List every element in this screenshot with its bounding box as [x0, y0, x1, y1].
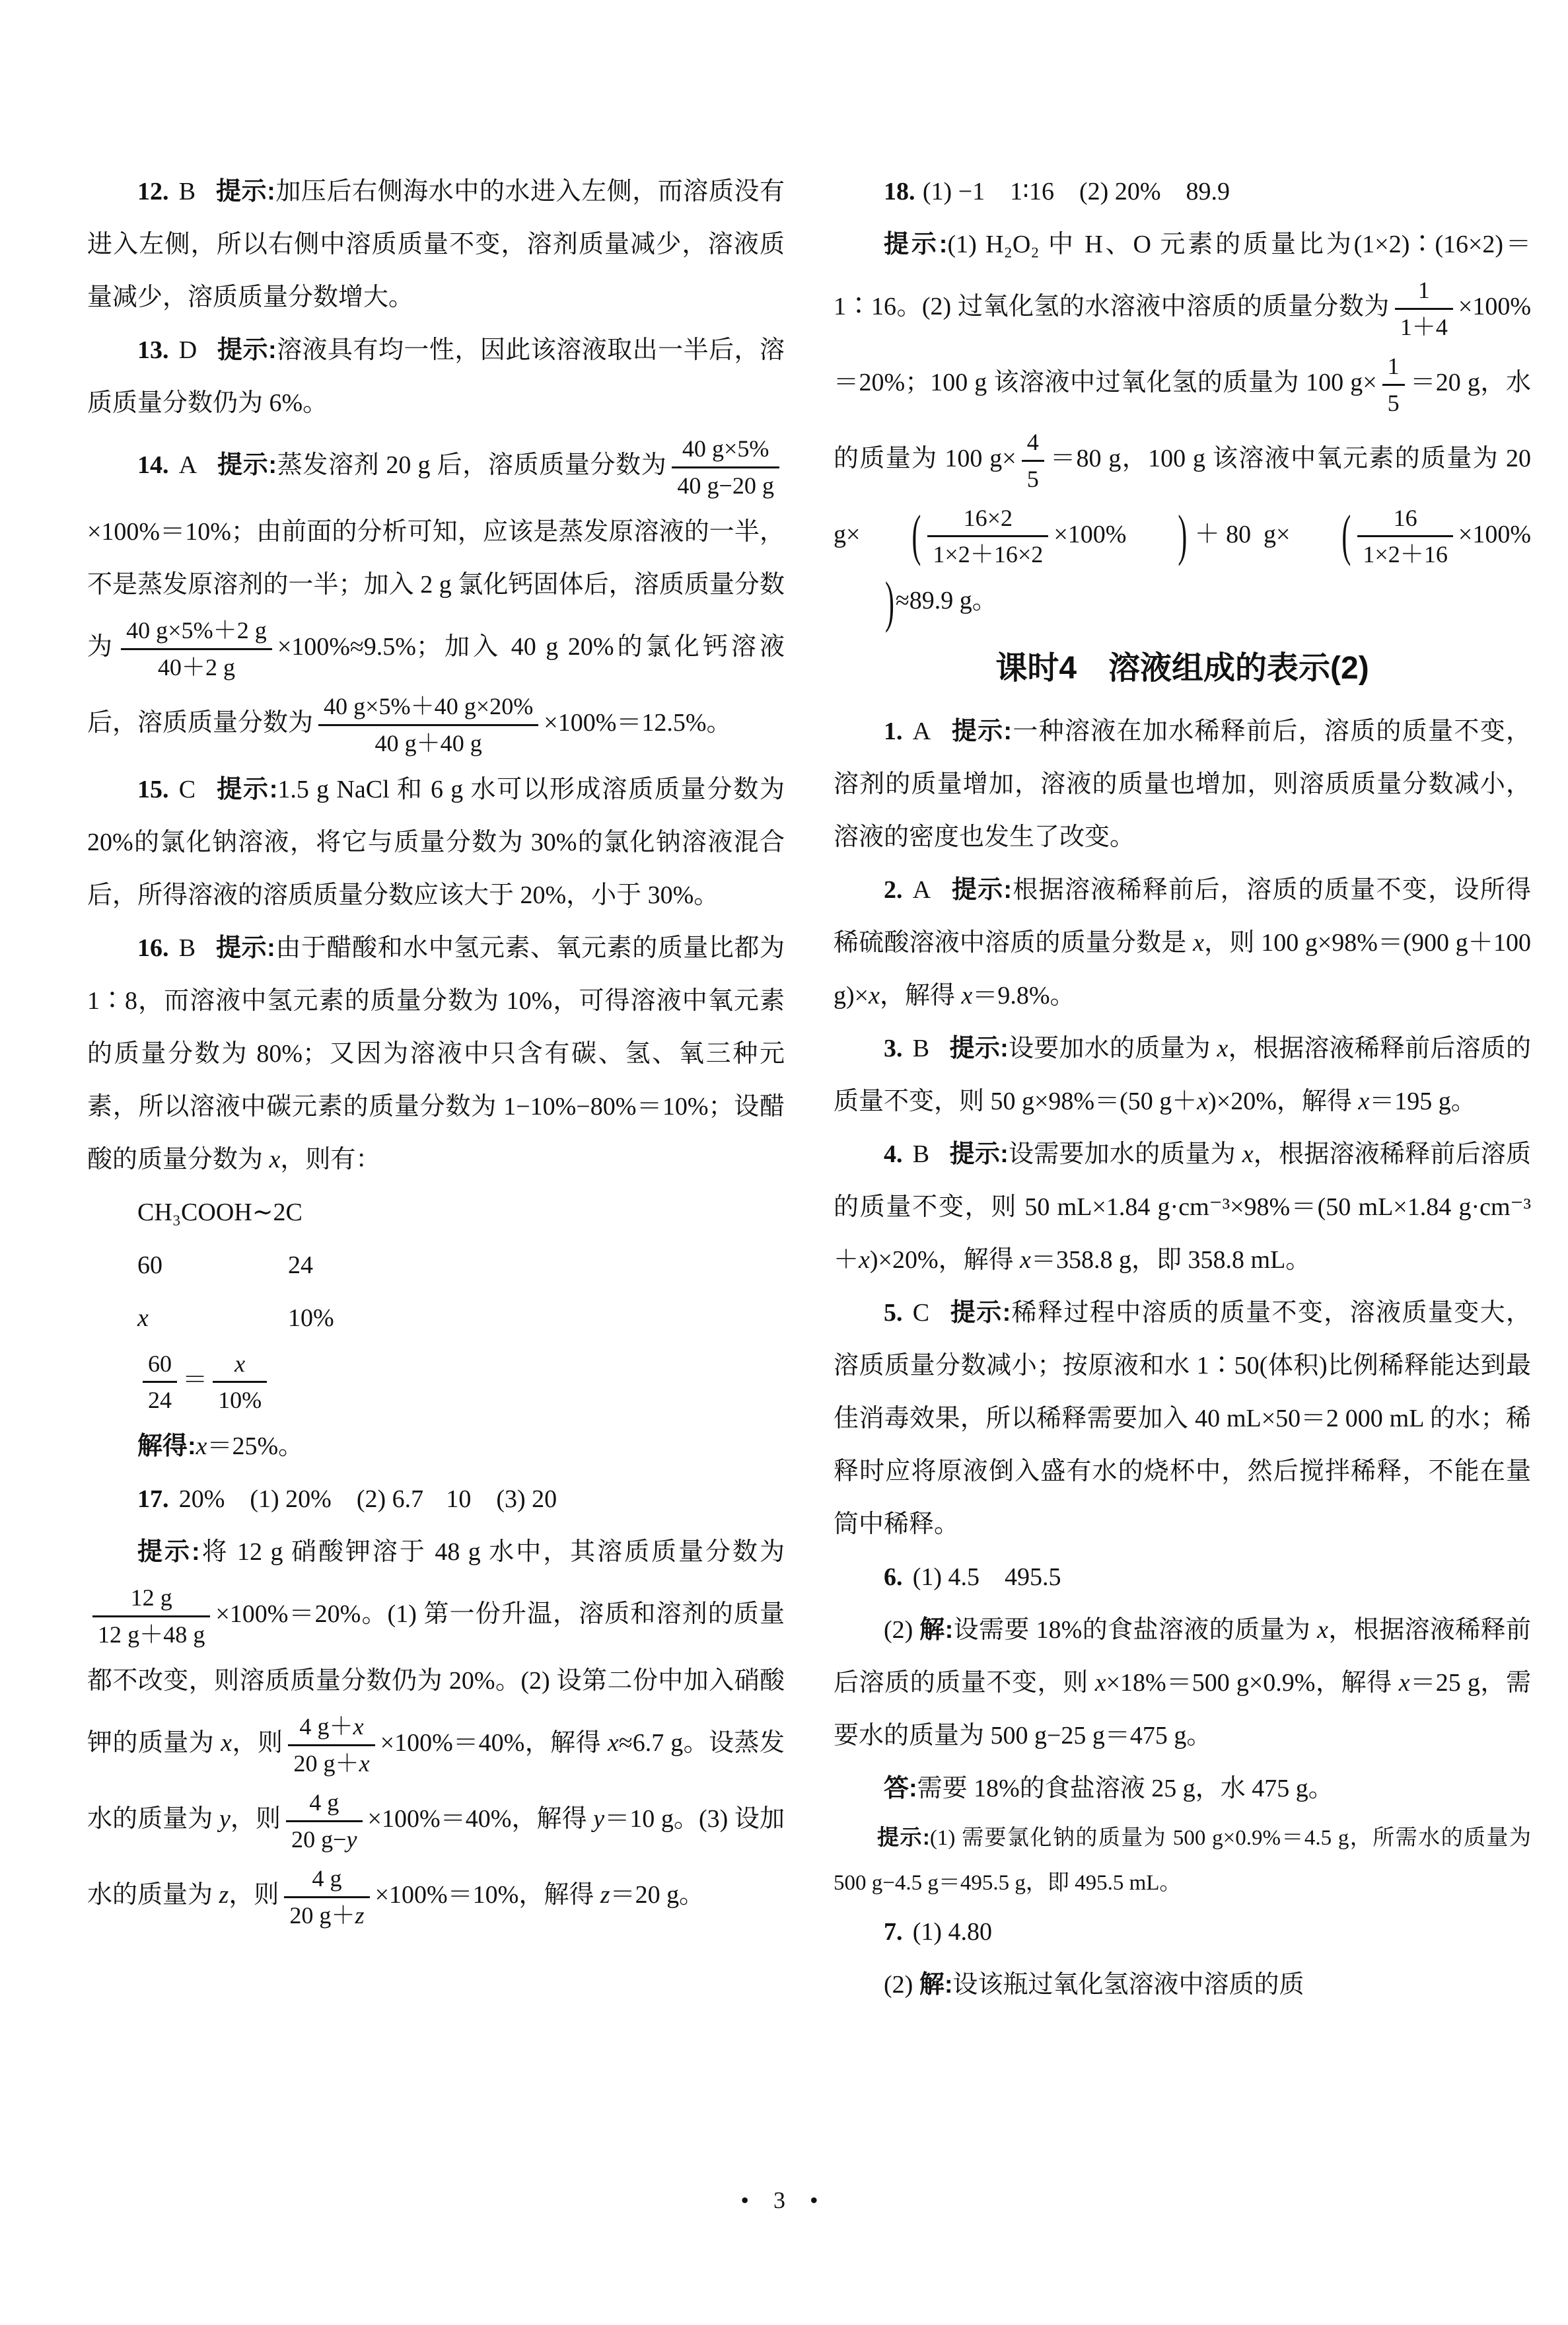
- text-run: ，则有：: [280, 1146, 380, 1173]
- text-run: 4 g＋: [299, 1713, 353, 1740]
- text-run: ×100%＝10%，解得: [375, 1881, 600, 1909]
- bold-label: 提示:: [951, 718, 1013, 745]
- item-number: 1.: [884, 718, 903, 745]
- big-paren: ): [1127, 482, 1187, 591]
- text-run: 需要 18%的食盐溶液 25 g，水 475 g。: [917, 1775, 1334, 1802]
- text-run: ＝358.8 g，即 358.8 mL。: [1031, 1246, 1310, 1274]
- text-run: ，则: [229, 1881, 279, 1909]
- text-run: (2) 6.7: [357, 1485, 423, 1513]
- text-run: 24: [148, 1387, 172, 1413]
- text-run: ＝9.8%。: [972, 982, 1075, 1010]
- fraction-denominator: 24: [143, 1383, 177, 1416]
- paragraph: 4.B提示:设需要加水的质量为 x，根据溶液稀释前后溶质的质量不变，则 50 m…: [834, 1128, 1531, 1286]
- fraction: 40 g×5%＋40 g×20%40 g＋40 g: [318, 691, 538, 759]
- fraction: 4 g20 g＋z: [284, 1863, 369, 1931]
- text-run: ，解得: [880, 982, 962, 1010]
- fraction-denominator: 5: [1382, 386, 1405, 419]
- variable: x: [269, 1146, 281, 1173]
- text-run: ×100%: [1458, 521, 1531, 548]
- fraction: 15: [1382, 351, 1405, 419]
- text-run: A: [179, 451, 197, 479]
- text-run: 40＋2 g: [158, 654, 235, 681]
- text-run: 4 g: [312, 1865, 341, 1892]
- text-run: 16: [1394, 505, 1417, 531]
- fraction-denominator: 40 g＋40 g: [318, 726, 538, 759]
- paragraph: 15.C提示:1.5 g NaCl 和 6 g 水可以形成溶质质量分数为 20%…: [87, 763, 785, 922]
- variable: x: [234, 1350, 245, 1377]
- text-run: ×100%＝40%，解得: [380, 1729, 608, 1757]
- text-run: 16×2: [964, 505, 1013, 531]
- text-run: 40 g＋40 g: [374, 730, 481, 757]
- paragraph: 提示:将 12 g 硝酸钾溶于 48 g 水中，其溶质质量分数为12 g12 g…: [87, 1526, 785, 1935]
- text-run: 12 g＋48 g: [98, 1621, 205, 1648]
- text-run: 20%: [179, 1485, 225, 1513]
- paragraph: 13.D提示:溶液具有均一性，因此该溶液取出一半后，溶质质量分数仍为 6%。: [87, 324, 785, 429]
- text-run: 60: [148, 1350, 172, 1377]
- text-run: 10: [446, 1485, 471, 1513]
- text-run: 20 g＋: [289, 1902, 355, 1929]
- text-run: 495.5: [1005, 1563, 1061, 1591]
- text-run: A: [913, 718, 931, 745]
- text-run: 5: [1388, 390, 1400, 416]
- paragraph: 5.C提示:稀释过程中溶质的质量不变，溶液质量变大，溶质质量分数减小；按原液和水…: [834, 1286, 1531, 1551]
- paragraph: 6.(1) 4.5495.5: [834, 1551, 1531, 1604]
- item-number: 2.: [884, 876, 903, 904]
- big-paren: ): [835, 549, 894, 657]
- fraction-denominator: 40＋2 g: [121, 650, 272, 683]
- fraction-numerator: 40 g×5%: [672, 433, 779, 468]
- variable: x: [1399, 1669, 1410, 1697]
- text-run: 40 g×5%＋2 g: [126, 617, 267, 644]
- variable: y: [219, 1805, 231, 1833]
- text-run: ×100%: [1053, 521, 1126, 548]
- item-number: 18.: [884, 178, 915, 205]
- fraction-numerator: 12 g: [92, 1582, 210, 1617]
- text-run: 一种溶液在加水稀释前后，溶质的质量不变，溶剂的质量增加，溶液的质量也增加，则溶质…: [834, 718, 1531, 851]
- text-run: B: [179, 178, 196, 205]
- display-line: 6024: [87, 1239, 785, 1292]
- paragraph: (2) 解:设需要 18%的食盐溶液的质量为 x，根据溶液稀释前后溶质的质量不变…: [834, 1604, 1531, 1762]
- text-run: 20 g＋: [293, 1750, 359, 1777]
- bold-label: 解得:: [137, 1432, 196, 1460]
- variable: x: [196, 1432, 207, 1460]
- page-number: • 3 •: [0, 2180, 1568, 2220]
- text-run: 5: [1027, 466, 1039, 492]
- fraction: 6024: [143, 1348, 177, 1417]
- bold-label: 答:: [884, 1775, 917, 1802]
- fraction-numerator: 16×2: [927, 503, 1048, 538]
- fraction: 16×21×2＋16×2: [927, 503, 1048, 571]
- fraction: 11＋4: [1395, 275, 1453, 343]
- item-number: 14.: [137, 451, 169, 479]
- paragraph: 7.(1) 4.80: [834, 1905, 1531, 1958]
- fraction-numerator: 60: [143, 1348, 177, 1384]
- item-number: 7.: [884, 1918, 903, 1946]
- text-run: 10%: [218, 1387, 262, 1413]
- text-run: ＝20 g。: [610, 1881, 705, 1909]
- display-line: 解得:x＝25%。: [87, 1420, 785, 1473]
- item-number: 5.: [884, 1299, 903, 1327]
- display-line: CH₃COOH∼2C: [87, 1186, 785, 1239]
- text-run: CH₃COOH∼2C: [137, 1199, 303, 1226]
- variable: x: [1020, 1246, 1031, 1274]
- text-run: (2) 20%: [1079, 178, 1160, 205]
- text-run: (2): [884, 1616, 919, 1644]
- text-run: B: [913, 1140, 929, 1168]
- text-run: (1) −1: [923, 178, 985, 205]
- text-run: (1) 需要氯化钠的质量为 500 g×0.9%＝4.5 g，所需水的质量为 5…: [834, 1826, 1531, 1895]
- fraction: 4 g20 g−y: [286, 1787, 363, 1855]
- display-line: x10%: [87, 1292, 785, 1345]
- bold-label: 提示:: [217, 451, 277, 479]
- paragraph: 提示:(1) H₂O₂ 中 H、O 元素的质量比为(1×2)∶(16×2)＝1∶…: [834, 218, 1531, 630]
- fraction-numerator: 40 g×5%＋2 g: [121, 615, 272, 650]
- variable: x: [137, 1304, 149, 1332]
- text-run: ＝25%。: [207, 1432, 304, 1460]
- fraction-numerator: 4 g: [286, 1787, 363, 1822]
- text-run: ≈89.9 g。: [896, 587, 997, 614]
- bold-label: 提示:: [137, 1538, 200, 1566]
- text-run: 40 g−20 g: [677, 472, 774, 499]
- fraction-numerator: 1: [1382, 351, 1405, 386]
- fraction: x10%: [213, 1348, 267, 1417]
- item-number: 13.: [137, 336, 169, 364]
- fraction-denominator: 20 g＋x: [288, 1746, 374, 1779]
- bold-label: 课时4 溶液组成的表示(2): [995, 651, 1369, 686]
- item-number: 16.: [137, 934, 169, 962]
- text-run: 1＋4: [1400, 314, 1448, 340]
- bold-label: 提示:: [884, 231, 947, 258]
- section-heading: 课时4 溶液组成的表示(2): [834, 639, 1531, 698]
- fraction-denominator: 1＋4: [1395, 310, 1453, 343]
- variable: x: [1317, 1616, 1328, 1644]
- paragraph: 2.A提示:根据溶液稀释前后，溶质的质量不变，设所得稀硫酸溶液中溶质的质量分数是…: [834, 864, 1531, 1022]
- bold-label: 解:: [919, 1971, 953, 1999]
- text-run: B: [913, 1035, 929, 1062]
- fraction-numerator: x: [213, 1348, 267, 1384]
- text-run: 20 g−: [291, 1826, 346, 1853]
- fraction-denominator: 5: [1022, 462, 1044, 495]
- text-run: ＋80 g×: [1188, 521, 1290, 548]
- text-run: 40 g×5%＋40 g×20%: [324, 693, 533, 720]
- fraction-numerator: 4: [1022, 427, 1044, 462]
- text-run: 蒸发溶剂 20 g 后，溶质质量分数为: [277, 451, 666, 479]
- text-run: ＝: [182, 1366, 207, 1394]
- text-run: ，则: [232, 1729, 283, 1757]
- text-run: ＝195 g。: [1369, 1088, 1476, 1115]
- text-run: 设需要 18%的食盐溶液的质量为: [953, 1616, 1317, 1644]
- paragraph: 答:需要 18%的食盐溶液 25 g，水 475 g。: [834, 1762, 1531, 1815]
- variable: x: [859, 1246, 870, 1274]
- item-number: 6.: [884, 1563, 903, 1591]
- bold-label: 提示:: [215, 178, 275, 205]
- fraction-numerator: 4 g＋x: [288, 1711, 374, 1746]
- text-run: 40 g×5%: [682, 435, 769, 462]
- fraction-numerator: 4 g: [284, 1863, 369, 1898]
- text-run: 4 g: [309, 1789, 339, 1816]
- text-run: 1: [1418, 277, 1430, 303]
- fraction: 40 g×5%40 g−20 g: [672, 433, 779, 501]
- text-run: 将 12 g 硝酸钾溶于 48 g 水中，其溶质质量分数为: [200, 1538, 785, 1566]
- text-run: 设要加水的质量为: [1009, 1035, 1217, 1062]
- fraction-denominator: 40 g−20 g: [672, 468, 779, 501]
- bold-label: 提示:: [949, 1299, 1011, 1327]
- column-cell: x: [137, 1292, 288, 1345]
- text-run: C: [179, 776, 196, 803]
- bold-label: 提示:: [949, 1035, 1008, 1062]
- text-run: 设该瓶过氧化氢溶液中溶质的质: [952, 1971, 1304, 1999]
- text-run: 稀释过程中溶质的质量不变，溶液质量变大，溶质质量分数减小；按原液和水 1∶50(…: [834, 1299, 1531, 1538]
- right-column: 18.(1) −11∶16(2) 20%89.9提示:(1) H₂O₂ 中 H、…: [834, 165, 1531, 2011]
- variable: x: [221, 1729, 232, 1757]
- bold-label: 解:: [919, 1616, 953, 1644]
- variable: x: [1095, 1669, 1106, 1697]
- fraction-denominator: 10%: [213, 1383, 267, 1416]
- item-number: 4.: [884, 1140, 903, 1168]
- text-run: 设需要加水的质量为: [1009, 1140, 1242, 1168]
- text-run: )×20%，解得: [870, 1246, 1020, 1274]
- variable: x: [1193, 929, 1204, 957]
- big-paren: (: [1291, 482, 1351, 591]
- text-run: ×18%＝500 g×0.9%，解得: [1106, 1669, 1399, 1697]
- text-run: 由于醋酸和水中氢元素、氧元素的质量比都为 1∶8，而溶液中氢元素的质量分数为 1…: [87, 934, 785, 1173]
- fraction-denominator: 1×2＋16: [1357, 537, 1453, 570]
- fraction-numerator: 16: [1357, 503, 1453, 538]
- variable: x: [1197, 1088, 1208, 1115]
- display-line: 6024＝x10%: [87, 1345, 785, 1421]
- fraction-numerator: 40 g×5%＋40 g×20%: [318, 691, 538, 726]
- bold-label: 提示:: [215, 776, 277, 803]
- item-number: 15.: [137, 776, 169, 803]
- text-run: ，则: [231, 1805, 281, 1833]
- left-column: 12.B提示:加压后右侧海水中的水进入左侧，而溶质没有进入左侧，所以右侧中溶质质…: [87, 165, 785, 1935]
- paragraph: 18.(1) −11∶16(2) 20%89.9: [834, 165, 1531, 218]
- variable: x: [353, 1713, 364, 1740]
- text-run: )×20%，解得: [1208, 1088, 1358, 1115]
- variable: x: [869, 982, 880, 1010]
- text-run: ×100%＝12.5%。: [544, 709, 731, 737]
- fraction: 40 g×5%＋2 g40＋2 g: [121, 615, 272, 683]
- paragraph: 3.B提示:设要加水的质量为 x，根据溶液稀释前后溶质的质量不变，则 50 g×…: [834, 1022, 1531, 1128]
- text-run: A: [913, 876, 931, 904]
- text-run: C: [913, 1299, 929, 1327]
- variable: z: [355, 1902, 365, 1929]
- variable: x: [359, 1750, 370, 1777]
- variable: z: [600, 1881, 610, 1909]
- text-run: D: [179, 336, 197, 364]
- text-run: (1) 20%: [250, 1485, 331, 1513]
- fraction-denominator: 20 g＋z: [284, 1898, 369, 1931]
- text-run: 4: [1027, 429, 1039, 455]
- text-run: 24: [288, 1251, 313, 1279]
- bold-label: 提示:: [217, 336, 277, 364]
- variable: x: [1217, 1035, 1228, 1062]
- variable: z: [219, 1881, 229, 1909]
- fraction-denominator: 1×2＋16×2: [927, 537, 1048, 570]
- variable: y: [347, 1826, 357, 1853]
- paragraph: 17.20%(1) 20%(2) 6.710(3) 20: [87, 1473, 785, 1526]
- item-number: 17.: [137, 1485, 169, 1513]
- fraction-numerator: 1: [1395, 275, 1453, 310]
- bold-label: 提示:: [951, 876, 1013, 904]
- variable: y: [593, 1805, 604, 1833]
- text-run: (3) 20: [496, 1485, 557, 1513]
- variable: x: [961, 982, 972, 1010]
- bold-label: 提示:: [877, 1825, 930, 1849]
- text-run: 89.9: [1186, 178, 1230, 205]
- bold-label: 提示:: [215, 934, 275, 962]
- page: 12.B提示:加压后右侧海水中的水进入左侧，而溶质没有进入左侧，所以右侧中溶质质…: [0, 0, 1568, 2325]
- text-run: 1×2＋16×2: [933, 541, 1043, 568]
- text-run: 1: [1388, 353, 1400, 379]
- text-run: (1) 4.5: [913, 1563, 980, 1591]
- variable: x: [608, 1729, 619, 1757]
- item-number: 3.: [884, 1035, 903, 1062]
- fraction-denominator: 20 g−y: [286, 1822, 363, 1855]
- text-run: 10%: [288, 1304, 334, 1332]
- fraction: 161×2＋16: [1357, 503, 1453, 571]
- paragraph: 1.A提示:一种溶液在加水稀释前后，溶质的质量不变，溶剂的质量增加，溶液的质量也…: [834, 705, 1531, 864]
- text-run: (2): [884, 1971, 919, 1999]
- paragraph: 提示:(1) 需要氯化钠的质量为 500 g×0.9%＝4.5 g，所需水的质量…: [834, 1815, 1531, 1905]
- fraction-denominator: 12 g＋48 g: [92, 1617, 210, 1650]
- fraction: 12 g12 g＋48 g: [92, 1582, 210, 1650]
- text-run: 60: [137, 1251, 162, 1279]
- text-run: B: [179, 934, 196, 962]
- variable: x: [1242, 1140, 1254, 1168]
- text-run: 1∶16: [1010, 178, 1054, 205]
- paragraph: 14.A提示:蒸发溶剂 20 g 后，溶质质量分数为40 g×5%40 g−20…: [87, 429, 785, 763]
- variable: x: [1358, 1088, 1369, 1115]
- fraction: 4 g＋x20 g＋x: [288, 1711, 374, 1779]
- text-run: 12 g: [131, 1584, 172, 1611]
- paragraph: 16.B提示:由于醋酸和水中氢元素、氧元素的质量比都为 1∶8，而溶液中氢元素的…: [87, 922, 785, 1186]
- column-cell: 60: [137, 1239, 288, 1292]
- paragraph: 12.B提示:加压后右侧海水中的水进入左侧，而溶质没有进入左侧，所以右侧中溶质质…: [87, 165, 785, 324]
- text-run: 1×2＋16: [1363, 541, 1448, 568]
- bold-label: 提示:: [949, 1140, 1008, 1168]
- item-number: 12.: [137, 178, 169, 205]
- fraction: 45: [1022, 427, 1044, 495]
- paragraph: (2) 解:设该瓶过氧化氢溶液中溶质的质: [834, 1958, 1531, 2011]
- text-run: ×100%＝40%，解得: [368, 1805, 594, 1833]
- text-run: (1) 4.80: [913, 1918, 992, 1946]
